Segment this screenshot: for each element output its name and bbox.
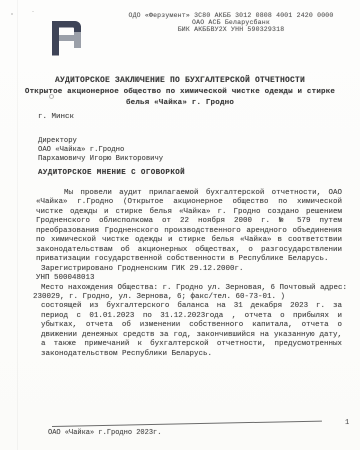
footer-company-line: ОАО «Чайка» г.Гродно 2023г. [48,429,161,437]
document-subtitle: Открытое акционерное общество по химичес… [15,87,345,108]
addressee-company: ОАО «Чайка» г.Гродно [38,146,163,155]
location-line: Место нахождения Общества: г. Гродно ул.… [36,284,342,293]
page-number: 1 [345,419,349,427]
scan-edge-shadow [17,0,18,450]
addressee-role: Директору [38,137,163,146]
body-text: Мы провели аудит прилагаемой бухгалтерск… [36,189,342,359]
audit-paragraph: Мы провели аудит прилагаемой бухгалтерск… [36,189,342,265]
document-title: АУДИТОРСКОЕ ЗАКЛЮЧЕНИЕ ПО БУХГАЛТЕРСКОЙ … [15,76,345,86]
fa-monogram-icon [48,18,88,58]
registration-line: Зарегистрировано Гродненским ГИК 29.12.2… [36,265,342,274]
addressee-person: Пархамовичу Игорю Викторовичу [38,155,163,164]
scan-speck [11,13,13,15]
city-line: г. Минск [38,113,74,121]
document-title-block: АУДИТОРСКОЕ ЗАКЛЮЧЕНИЕ ПО БУХГАЛТЕРСКОЙ … [15,76,345,108]
company-logo-icon [48,18,88,58]
opinion-heading: АУДИТОРСКОЕ МНЕНИЕ С ОГОВОРКОЙ [38,169,185,177]
footer-rule [52,421,322,427]
bank-details-line: БИК АКББВУ2Х УНН 590329318 [128,27,334,34]
scanned-audit-report-page: ОДО «Ферзумент» 3С80 АКББ 3012 0808 4001… [0,0,360,450]
addressee-block: Директору ОАО «Чайка» г.Гродно Пархамови… [38,137,163,163]
unp-line: УНП 500048013 [36,274,342,283]
statements-paragraph: состоящей из бухгалтерского баланса на 3… [36,302,342,359]
scan-speck [32,11,34,12]
letterhead-bank-details: ОДО «Ферзумент» 3С80 АКББ 3012 0808 4001… [128,13,334,33]
